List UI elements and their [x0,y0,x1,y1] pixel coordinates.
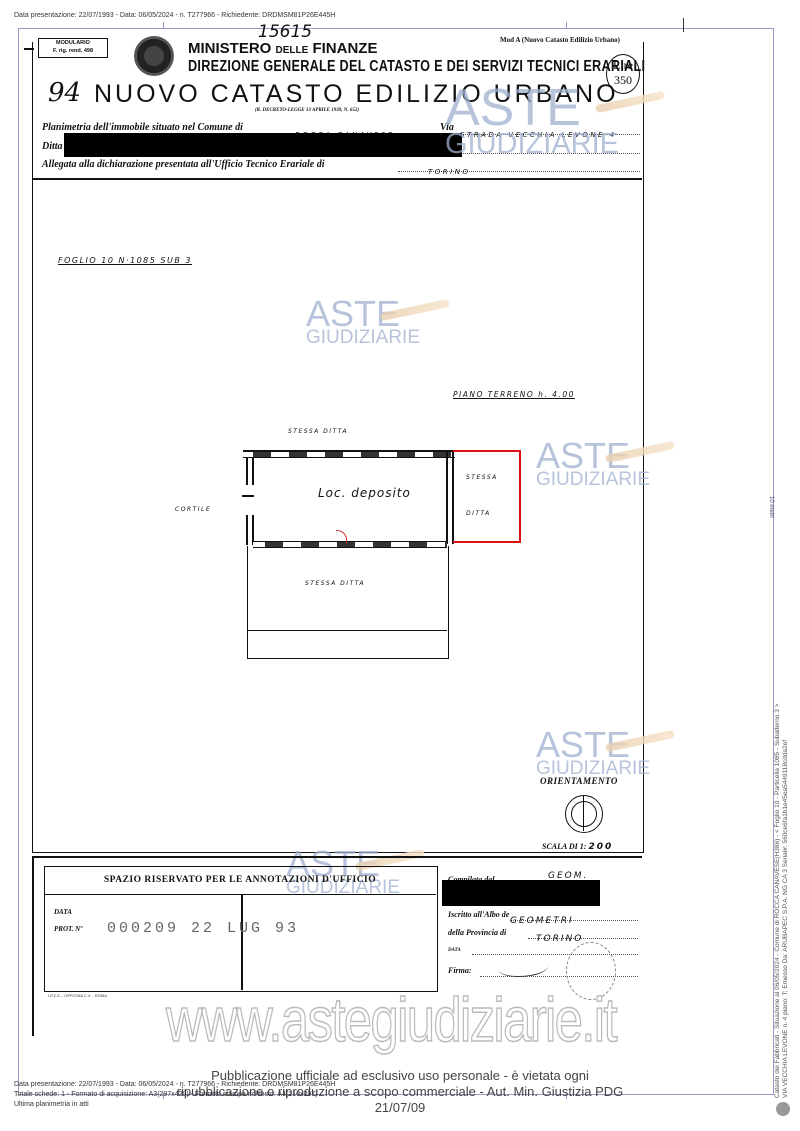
ministry-delle: DELLE [276,45,309,56]
meta-bottom-line-1: Data presentazione: 22/07/1993 - Data: 0… [14,1080,335,1090]
wall-left-lower [246,515,248,545]
provincia-value: TORINO [536,934,583,944]
albo-field: GEOMETRI [510,908,638,921]
bottom-section-left [32,856,34,1036]
frame-mark [683,18,684,32]
ufficio-field: TORINO [398,159,640,172]
highlight-top [453,450,521,452]
sheet-corner [24,48,34,50]
frame-tick [566,22,567,28]
albo-label: Iscritto all'Albo de [448,910,509,919]
watermark-aste: ASTE GIUDIZIARIE [536,438,650,489]
mod-a-label: Mod A (Nuovo Catasto Edilizio Urbano) [500,36,620,44]
ditta-label: Ditta [42,141,63,152]
modulario-code: F. rig. rend. 498 [39,47,107,55]
watermark-aste: ASTE GIUDIZIARIE [445,82,619,159]
republic-emblem-icon [134,36,174,76]
scale-value: 200 [588,842,613,852]
firma-label: Firma: [448,966,472,975]
scale-label: SCALA DI 1: [542,842,586,851]
room-label: Loc. deposito [318,486,411,500]
planimetria-row: Planimetria dell'immobile situato nel Co… [42,122,243,133]
header-divider [32,178,642,180]
handwritten-prefix: 94 [48,78,81,108]
floor-label: PIANO TERRENO h. 4.00 [453,390,575,399]
redaction-block [442,880,600,906]
compass-icon [565,795,603,833]
protocol-stamp: 000209 22 LUG 93 [107,920,299,937]
watermark-brand-top: ASTE [445,82,619,134]
ufficio-value: TORINO [428,168,470,176]
lower-room [247,546,449,659]
vertical-cadastral-info: Catasto dei Fabbricati - Situazione al 0… [774,704,790,1098]
foglio-label: FOGLIO 10 N·1085 SUB 3 [58,256,192,265]
provincia-field: TORINO [528,926,638,939]
modulario-box: MODULARIO F. rig. rend. 498 [38,38,108,58]
sig-data-field [472,946,638,955]
annotations-header: SPAZIO RISERVATO PER LE ANNOTAZIONI D'UF… [44,866,436,895]
wall-top-windows [243,452,455,458]
directorate-title: DIREZIONE GENERALE DEL CATASTO E DEI SER… [188,58,645,76]
lower-room-line [247,630,447,631]
meta-top-line: Data presentazione: 22/07/1993 - Data: 0… [14,12,335,19]
vertical-line-2: VIA VECCHIA LEVONE n. 4 piano: T; Emesso… [782,704,790,1098]
site-watermark: www.astegiudiziarie.it [166,985,616,1056]
printer-mark: I.P.Z.S. - OFFICINA C.V. - ROMA [48,993,107,998]
wall-right-inner [446,452,448,544]
wall-left-upper [246,457,248,485]
watermark-brand-bottom: GIUDIZIARIE [306,328,420,347]
highlight-bottom [453,541,521,543]
decree-reference: (R. DECRETO-LEGGE 13 APRILE 1939, N. 652… [255,108,359,113]
modulario-label: MODULARIO [39,39,107,47]
sig-data-label: DATA [448,948,461,953]
page-frame-left [18,28,19,1093]
right-neighbor-label-1: STESSA [466,474,498,481]
vertical-line-1: Catasto dei Fabbricati - Situazione al 0… [774,704,782,1098]
price-label: Lire [607,58,639,73]
provincia-label: della Provincia di [448,928,506,937]
prot-label: PROT. Nº [54,925,82,933]
albo-value: GEOMETRI [510,916,574,926]
courtyard-label: CORTILE [175,506,211,513]
redaction-block [64,133,462,157]
opening-mark [242,495,254,497]
scale-mark: 10 metri [768,496,774,518]
scale-row: SCALA DI 1: 200 [542,842,613,852]
meta-bottom-line-3: Ultima planimetria in atti [14,1100,335,1110]
annot-data-label: DATA [54,908,72,916]
handwritten-number: 15615 [258,22,312,42]
ministry-word: MINISTERO [188,40,271,57]
top-neighbor-label: STESSA DITTA [288,428,348,435]
watermark-brand-bottom: GIUDIZIARIE [536,470,650,489]
certificate-ribbon-icon [776,1102,790,1116]
bottom-neighbor-label: STESSA DITTA [305,580,365,587]
meta-bottom-line-2: Totale schede: 1 - Formato di acquisizio… [14,1090,335,1100]
meta-bottom: Data presentazione: 22/07/1993 - Data: 0… [14,1080,335,1110]
annotations-divider [241,894,243,990]
ministry-title: MINISTERO DELLE FINANZE [188,40,377,57]
right-neighbor-label-2: DITTA [466,510,491,517]
planimetria-label: Planimetria dell'immobile situato nel Co… [42,122,243,133]
allegata-label: Allegata alla dichiarazione presentata a… [42,159,325,170]
frame-tick [163,22,164,28]
ministry-finanze: FINANZE [312,40,377,57]
highlight-right [519,450,521,543]
watermark-aste: ASTE GIUDIZIARIE [536,727,650,778]
watermark-aste: ASTE GIUDIZIARIE [306,296,420,347]
orientation-label: ORIENTAMENTO [540,776,618,786]
bottom-section-divider [32,856,642,858]
watermark-brand-bottom: GIUDIZIARIE [445,130,619,159]
wall-right [452,452,454,544]
wall-left-upper-inner [252,457,254,485]
